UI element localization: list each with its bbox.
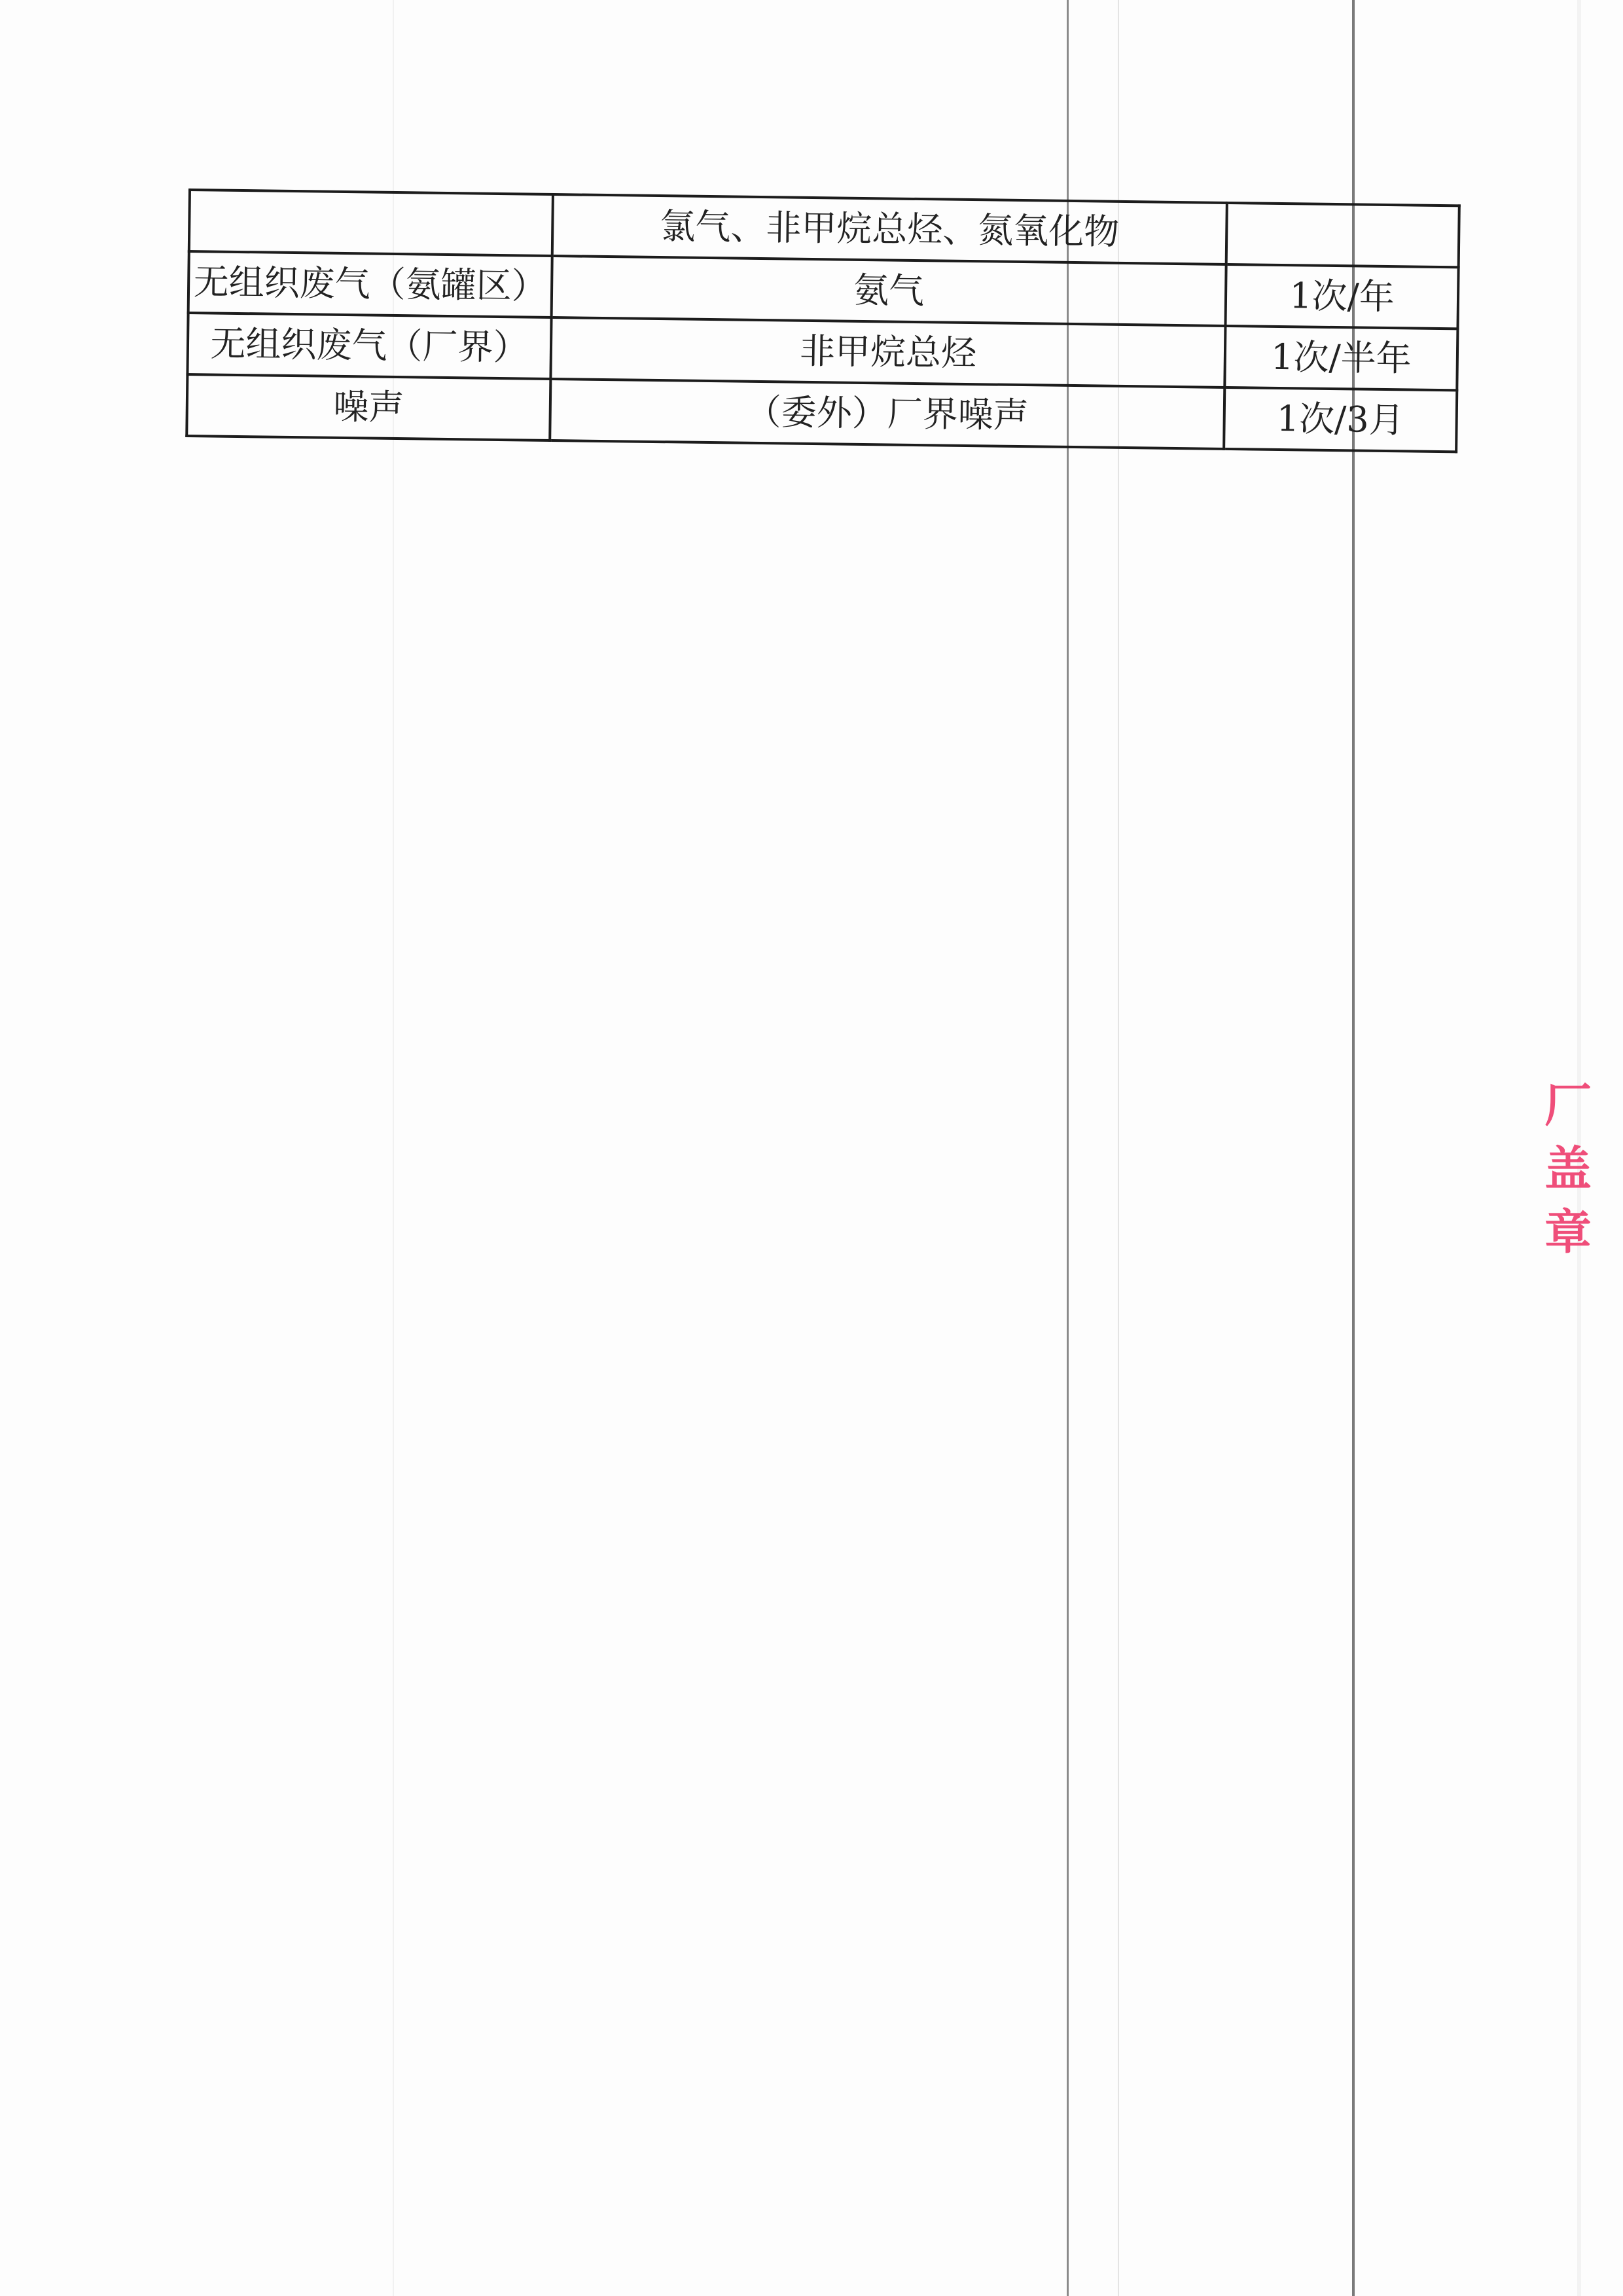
frequency-cell: 1次/年 — [1225, 264, 1458, 329]
category-cell: 噪声 — [187, 374, 550, 440]
seal-stamp-fragment: 厂 盖 章 — [1584, 1080, 1610, 1254]
frequency-cell: 1次/3月 — [1224, 387, 1457, 452]
category-cell — [189, 190, 553, 256]
category-cell: 无组织废气（氨罐区） — [188, 251, 552, 317]
monitoring-table: 氯气、非甲烷总烃、氮氧化物 无组织废气（氨罐区） 氨气 1次/年 无组织废气（厂… — [185, 188, 1458, 453]
items-cell: 氯气、非甲烷总烃、氮氧化物 — [552, 194, 1227, 264]
frequency-cell: 1次/半年 — [1224, 326, 1457, 390]
items-cell: （委外）厂界噪声 — [550, 379, 1224, 449]
items-cell: 氨气 — [552, 256, 1226, 326]
items-cell: 非甲烷总烃 — [550, 317, 1225, 387]
frequency-cell — [1226, 203, 1459, 267]
category-cell: 无组织废气（厂界） — [187, 313, 551, 379]
